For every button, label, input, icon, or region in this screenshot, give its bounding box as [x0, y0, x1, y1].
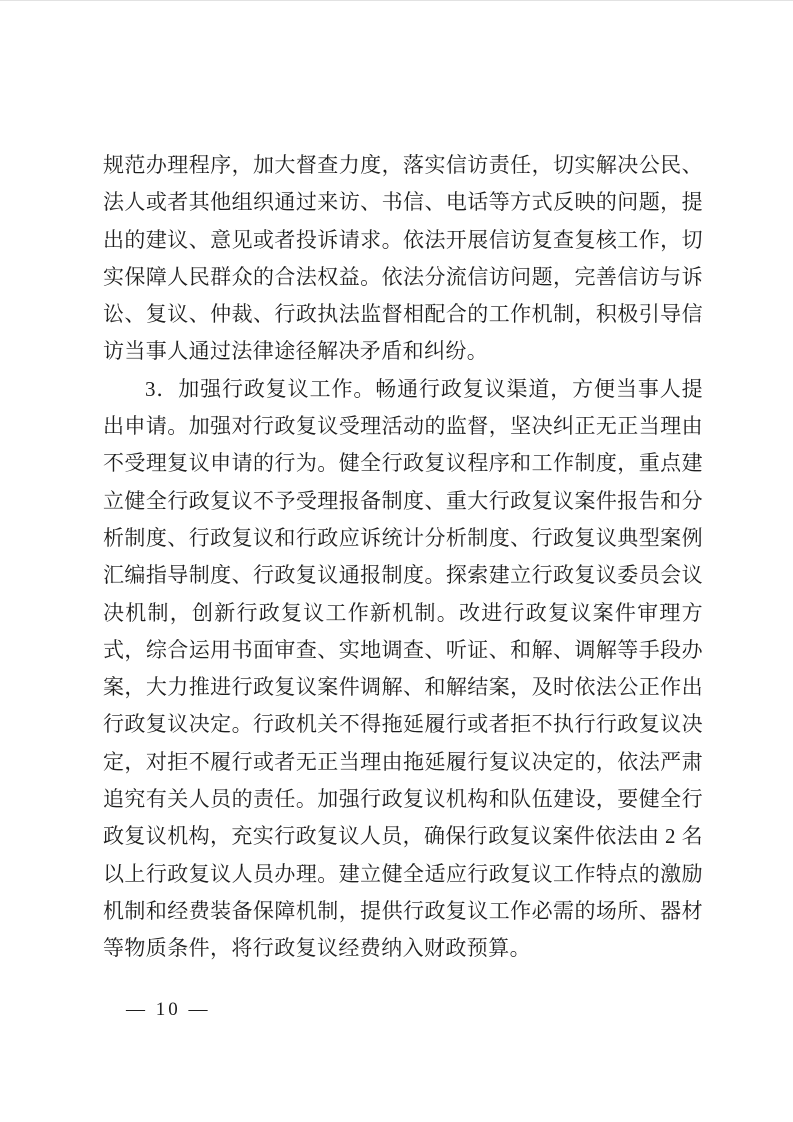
paragraph-item-3: 3．加强行政复议工作。畅通行政复议渠道，方便当事人提出申请。加强对行政复议受理活… — [103, 371, 703, 968]
page-number: — 10 — — [126, 999, 211, 1021]
document-page: 规范办理程序，加大督查力度，落实信访责任，切实解决公民、法人或者其他组织通过来访… — [0, 0, 793, 1122]
document-body: 规范办理程序，加大督查力度，落实信访责任，切实解决公民、法人或者其他组织通过来访… — [103, 147, 703, 968]
paragraph-continuation: 规范办理程序，加大督查力度，落实信访责任，切实解决公民、法人或者其他组织通过来访… — [103, 147, 703, 371]
